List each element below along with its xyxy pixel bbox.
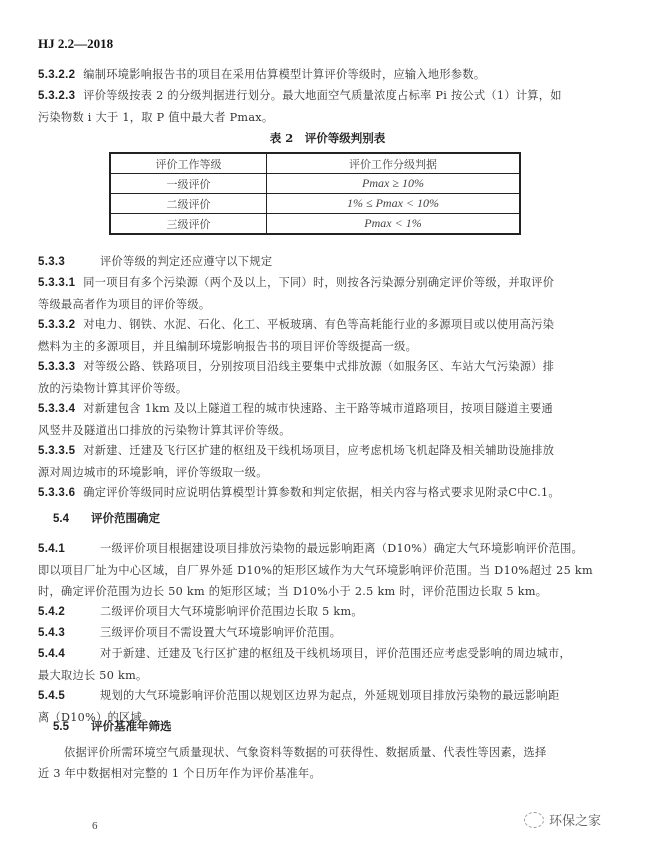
table-cell: 一级评价 — [110, 174, 267, 194]
clause-5-3-3-2: 5.3.3.2对电力、钢铁、水泥、石化、化工、平板玻璃、有色等高耗能行业的多源项… — [38, 314, 598, 357]
table-cell: 三级评价 — [110, 214, 267, 235]
clause-text: 同一项目有多个污染源（两个及以上，下同）时，则按各污染源分别确定评价等级，并取评… — [83, 276, 554, 289]
clause-5-3-2-3: 5.3.2.3评价等级按表 2 的分级判据进行划分。最大地面空气质量浓度占标率 … — [38, 85, 598, 128]
clause-text: 三级评价项目不需设置大气环境影响评价范围。 — [100, 626, 341, 639]
clause-5-4-1: 5.4.1一级评价项目根据建设项目排放污染物的最远影响距离（D10%）确定大气环… — [38, 538, 598, 602]
table-header-row: 评价工作等级 评价工作分级判据 — [110, 153, 520, 174]
clause-number: 5.3.3.4 — [38, 403, 75, 415]
table-cell: Pmax < 1% — [267, 214, 521, 235]
section-heading-5-4: 5.4评价范围确定 — [53, 510, 160, 526]
clause-5-3-3: 5.3.3评价等级的判定还应遵守以下规定 — [38, 251, 598, 273]
clause-text: 对电力、钢铁、水泥、石化、化工、平板玻璃、有色等高耗能行业的多源项目或以使用高污… — [83, 318, 554, 331]
paragraph-text-cont: 近 3 年中数据相对完整的 1 个日历年作为评价基准年。 — [38, 767, 321, 780]
clause-text-cont: 燃料为主的多源项目，并且编制环境影响报告书的项目评价等级提高一级。 — [38, 340, 417, 353]
watermark-text: 环保之家 — [549, 810, 601, 829]
table-row: 一级评价 Pmax ≥ 10% — [110, 174, 520, 194]
clause-text: 评价等级按表 2 的分级判据进行划分。最大地面空气质量浓度占标率 Pi 按公式（… — [83, 89, 562, 102]
clause-text: 编制环境影响报告书的项目在采用估算模型计算评价等级时，应输入地形参数。 — [83, 68, 485, 81]
clause-number: 5.3.3.5 — [38, 445, 75, 457]
clause-text: 评价等级的判定还应遵守以下规定 — [100, 255, 272, 268]
section-title: 评价范围确定 — [91, 511, 160, 525]
table-header: 评价工作分级判据 — [267, 153, 521, 174]
grade-table: 评价工作等级 评价工作分级判据 一级评价 Pmax ≥ 10% 二级评价 1% … — [109, 152, 521, 235]
clause-text-cont: 放的污染物计算其评价等级。 — [38, 382, 187, 395]
paragraph-text: 依据评价所需环境空气质量现状、气象资料等数据的可获得性、数据质量、代表性等因素，… — [64, 746, 546, 759]
clause-text-cont: 最大取边长 50 km。 — [38, 669, 147, 682]
clause-5-3-3-5: 5.3.3.5对新建、迁建及飞行区扩建的枢纽及干线机场项目，应考虑机场飞机起降及… — [38, 440, 598, 483]
clause-text: 确定评价等级同时应说明估算模型计算参数和判定依据，相关内容与格式要求见附录C中C… — [83, 486, 560, 499]
clause-number: 5.4.5 — [38, 686, 100, 707]
clause-number: 5.3.3.1 — [38, 277, 75, 289]
clause-text-cont: 即以项目厂址为中心区域，自厂界外延 D10%的矩形区域作为大气环境影响评价范围。… — [38, 564, 593, 577]
clause-text: 对等级公路、铁路项目，分别按项目沿线主要集中式排放源（如服务区、车站大气污染源）… — [83, 360, 554, 373]
clause-text: 规划的大气环境影响评价范围以规划区边界为起点，外延规划项目排放污染物的最远影响距 — [100, 689, 560, 702]
clause-text-cont: 时，确定评价范围为边长 50 km 的矩形区域；当 D10%小于 2.5 km … — [38, 585, 547, 598]
clause-number: 5.3.2.3 — [38, 90, 75, 102]
clause-5-3-3-1: 5.3.3.1同一项目有多个污染源（两个及以上，下同）时，则按各污染源分别确定评… — [38, 272, 598, 315]
clause-5-3-3-6: 5.3.3.6确定评价等级同时应说明估算模型计算参数和判定依据，相关内容与格式要… — [38, 482, 598, 504]
clause-text-cont: 等级最高者作为项目的评价等级。 — [38, 298, 210, 311]
clause-5-4-3: 5.4.3三级评价项目不需设置大气环境影响评价范围。 — [38, 622, 598, 644]
page-number: 6 — [92, 820, 98, 832]
clause-number: 5.3.3.2 — [38, 319, 75, 331]
clause-number: 5.4.4 — [38, 644, 100, 665]
clause-text-cont: 风竖井及隧道出口排放的污染物计算其评价等级。 — [38, 424, 291, 437]
section-number: 5.4 — [53, 513, 91, 525]
clause-5-4-2: 5.4.2二级评价项目大气环境影响评价范围边长取 5 km。 — [38, 601, 598, 623]
table-cell: Pmax ≥ 10% — [267, 174, 521, 194]
watermark: 环保之家 — [524, 810, 601, 829]
clause-text: 一级评价项目根据建设项目排放污染物的最远影响距离（D10%）确定大气环境影响评价… — [100, 542, 583, 555]
table-cell: 二级评价 — [110, 194, 267, 214]
clause-text: 对新建、迁建及飞行区扩建的枢纽及干线机场项目，应考虑机场飞机起降及相关辅助设施排… — [83, 444, 554, 457]
table-header: 评价工作等级 — [110, 153, 267, 174]
clause-number: 5.3.2.2 — [38, 69, 75, 81]
clause-number: 5.3.3 — [38, 252, 100, 273]
clause-5-3-2-2: 5.3.2.2编制环境影响报告书的项目在采用估算模型计算评价等级时，应输入地形参… — [38, 64, 598, 86]
clause-5-3-3-4: 5.3.3.4对新建包含 1km 及以上隧道工程的城市快速路、主干路等城市道路项… — [38, 398, 598, 441]
clause-5-3-3-3: 5.3.3.3对等级公路、铁路项目，分别按项目沿线主要集中式排放源（如服务区、车… — [38, 356, 598, 399]
clause-5-4-4: 5.4.4对于新建、迁建及飞行区扩建的枢纽及干线机场项目，评价范围还应考虑受影响… — [38, 643, 598, 686]
table-row: 三级评价 Pmax < 1% — [110, 214, 520, 235]
section-title: 评价基准年筛选 — [91, 719, 172, 733]
clause-text-cont: 污染物数 i 大于 1，取 P 值中最大者 Pmax。 — [38, 111, 273, 124]
paragraph-5-5: 依据评价所需环境空气质量现状、气象资料等数据的可获得性、数据质量、代表性等因素，… — [38, 742, 598, 784]
table-row: 二级评价 1% ≤ Pmax < 10% — [110, 194, 520, 214]
clause-text: 对新建包含 1km 及以上隧道工程的城市快速路、主干路等城市道路项目，按项目隧道… — [83, 402, 553, 415]
clause-number: 5.3.3.6 — [38, 487, 75, 499]
section-number: 5.5 — [53, 721, 91, 733]
clause-number: 5.3.3.3 — [38, 361, 75, 373]
table-caption: 表 2 评价等级判别表 — [0, 130, 655, 146]
clause-number: 5.4.3 — [38, 623, 100, 644]
table-cell: 1% ≤ Pmax < 10% — [267, 194, 521, 214]
clause-number: 5.4.1 — [38, 539, 100, 560]
clause-text: 对于新建、迁建及飞行区扩建的枢纽及干线机场项目，评价范围还应考虑受影响的周边城市… — [100, 647, 571, 660]
clause-text: 二级评价项目大气环境影响评价范围边长取 5 km。 — [100, 605, 363, 618]
wechat-icon — [524, 812, 544, 828]
clause-text-cont: 源对周边城市的环境影响，评价等级取一级。 — [38, 466, 268, 479]
section-heading-5-5: 5.5评价基准年筛选 — [53, 718, 172, 734]
standard-code: HJ 2.2—2018 — [38, 36, 113, 52]
clause-number: 5.4.2 — [38, 602, 100, 623]
